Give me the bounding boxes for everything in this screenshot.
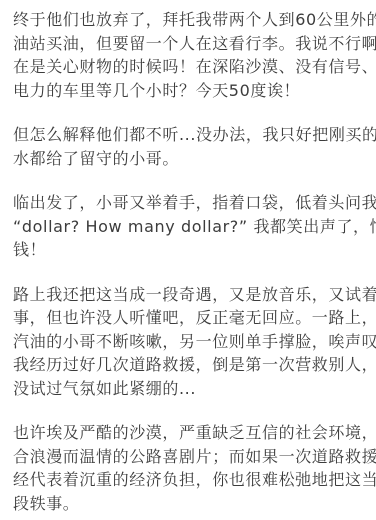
paragraph: 也许埃及严酷的沙漠，严重缺乏互信的社会环境，不适合浪漫而温情的公路喜剧片；而如果… — [13, 421, 368, 515]
paragraph: 终于他们也放弃了，拜托我带两个人到60公里外的加油站买油，但要留一个人在这看行李… — [13, 8, 368, 102]
text-line: 但怎么解释他们都不听...没办法，我只好把刚买的整箱 — [13, 123, 368, 147]
text-line: 水都给了留守的小哥。 — [13, 147, 368, 171]
text-line: 也许埃及严酷的沙漠，严重缺乏互信的社会环境，不适 — [13, 421, 368, 445]
text-line: 经代表着沉重的经济负担，你也很难松弛地把这当成一 — [13, 468, 368, 492]
text-line: 终于他们也放弃了，拜托我带两个人到60公里外的加 — [13, 8, 368, 32]
text-line: 汽油的小哥不断咳嗽，另一位则单手撑脸，唉声叹气。 — [13, 330, 368, 354]
paragraph: 临出发了，小哥又举着手，指着口袋，低着头问我：“dollar? How many… — [13, 191, 368, 262]
text-line: 事，但也许没人听懂吧，反正毫无回应。一路上，吸过 — [13, 306, 368, 330]
text-line: 合浪漫而温情的公路喜剧片；而如果一次道路救援就已 — [13, 445, 368, 469]
text-line: 电力的车里等几个小时？今天50度诶！ — [13, 79, 368, 103]
text-line: 路上我还把这当成一段奇遇，又是放音乐，又试着聊故 — [13, 283, 368, 307]
paragraph: 路上我还把这当成一段奇遇，又是放音乐，又试着聊故事，但也许没人听懂吧，反正毫无回… — [13, 283, 368, 401]
text-line: 没试过气氛如此紧绷的... — [13, 377, 368, 401]
article-text: 终于他们也放弃了，拜托我带两个人到60公里外的加油站买油，但要留一个人在这看行李… — [0, 0, 376, 515]
text-line: 油站买油，但要留一个人在这看行李。我说不行啊，现 — [13, 32, 368, 56]
text-line: 钱！ — [13, 238, 368, 262]
paragraph: 但怎么解释他们都不听...没办法，我只好把刚买的整箱水都给了留守的小哥。 — [13, 123, 368, 170]
text-line: 在是关心财物的时候吗！在深陷沙漠、没有信号、失去 — [13, 55, 368, 79]
text-line: “dollar? How many dollar?” 我都笑出声了，忙说我不收 — [13, 215, 368, 239]
text-line: 临出发了，小哥又举着手，指着口袋，低着头问我： — [13, 191, 368, 215]
text-line: 段轶事。 — [13, 492, 368, 516]
text-line: 我经历过好几次道路救援，倒是第一次营救别人，但还 — [13, 353, 368, 377]
